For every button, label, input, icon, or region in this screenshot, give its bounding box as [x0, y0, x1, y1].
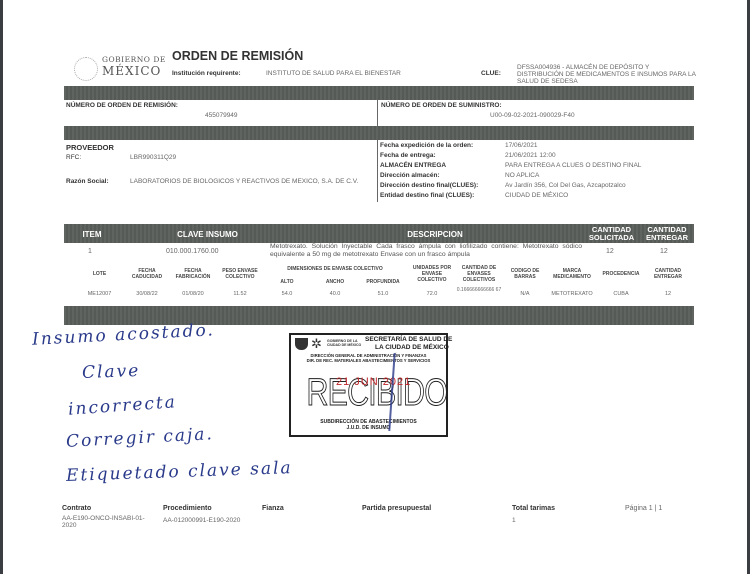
- remision-value: 455079949: [205, 112, 238, 119]
- cantidad-envases-value: 0.166666666666 67: [456, 288, 502, 294]
- profundidad-value: 51.0: [358, 291, 408, 297]
- th-profundidad: PROFUNDIDA: [358, 279, 408, 285]
- partida-label: Partida presupuestal: [362, 505, 431, 512]
- handwritten-note-line: incorrecta: [67, 392, 177, 420]
- th-peso: PESO ENVASE COLECTIVO: [218, 268, 262, 280]
- stamp-org-small: GOBIERNO DE LA CIUDAD DE MÉXICO: [327, 339, 363, 347]
- proveedor-heading: PROVEEDOR: [66, 143, 114, 152]
- institucion-label: Institución requirente:: [172, 70, 241, 77]
- rfc-label: RFC:: [66, 154, 81, 161]
- th-fabricacion: FECHA FABRICACIÓN: [170, 268, 216, 280]
- razon-label: Razón Social:: [66, 178, 109, 185]
- procedimiento-label: Procedimiento: [163, 505, 212, 512]
- delivery-row: ALMACÉN ENTREGAPARA ENTREGA A CLUES O DE…: [380, 162, 695, 172]
- lote-value: ME12007: [82, 291, 117, 297]
- column-divider: [377, 140, 378, 202]
- th-lote: LOTE: [82, 271, 117, 277]
- delivery-row: Fecha expedición de la orden:17/06/2021: [380, 142, 695, 152]
- logo-line2: MÉXICO: [102, 64, 161, 78]
- procedimiento-value: AA-012000991-E190-2020: [163, 517, 240, 524]
- unidades-value: 72.0: [412, 291, 452, 297]
- stamp-received-text: RECIBIDO: [307, 363, 431, 423]
- rfc-value: LBR990311Q29: [130, 154, 176, 161]
- item-number: 1: [88, 248, 92, 255]
- stamp-sub-2: J.U.D. DE INSUMO: [291, 425, 446, 431]
- delivery-info: Fecha expedición de la orden:17/06/2021 …: [380, 142, 695, 202]
- th-cantidad-entregar: CANTIDAD ENTREGAR: [648, 268, 688, 280]
- th-ancho: ANCHO: [318, 279, 352, 285]
- alto-value: 54.0: [270, 291, 304, 297]
- emblem-icon: [74, 57, 98, 81]
- delivery-row: Entidad destino final (CLUES):CIUDAD DE …: [380, 192, 695, 202]
- th-procedencia: PROCEDENCIA: [598, 271, 644, 277]
- ancho-value: 40.0: [318, 291, 352, 297]
- th-cantidad-envases: CANTIDAD DE ENVASES COLECTIVOS: [456, 265, 502, 283]
- th-codigo: CODIGO DE BARRAS: [504, 268, 546, 280]
- th-item: ITEM: [72, 230, 112, 239]
- th-unidades: UNIDADES POR ENVASE COLECTIVO: [412, 265, 452, 283]
- suministro-value: U00-09-02-2021-090029-F40: [490, 112, 575, 119]
- codigo-value: N/A: [504, 291, 546, 297]
- remision-label: NÚMERO DE ORDEN DE REMISIÓN:: [66, 102, 178, 109]
- delivery-row: Dirección destino final(CLUES):Av Jardín…: [380, 182, 695, 192]
- cdmx-logo-icon: ✲: [311, 337, 322, 350]
- tarimas-label: Total tarimas: [512, 505, 555, 512]
- marca-value: METOTREXATO: [548, 291, 596, 297]
- delivery-row: Dirección almacén:NO APLICA: [380, 172, 695, 182]
- item-entregar: 12: [660, 248, 668, 255]
- th-descripcion: DESCRIPCION: [380, 230, 490, 239]
- column-divider: [377, 100, 378, 126]
- contrato-label: Contrato: [62, 505, 91, 512]
- stamp-title-1: SECRETARÍA DE SALUD DE: [365, 336, 452, 343]
- page-title: ORDEN DE REMISIÓN: [172, 49, 303, 63]
- page-indicator: Página 1 | 1: [625, 505, 662, 512]
- handwritten-note-line: Corregir caja.: [66, 424, 215, 452]
- th-caducidad: FECHA CADUCIDAD: [126, 268, 168, 280]
- section-divider: [64, 126, 694, 140]
- th-alto: ALTO: [270, 279, 304, 285]
- procedencia-value: CUBA: [598, 291, 644, 297]
- handwritten-note-line: Etiquetado clave sala: [66, 458, 293, 486]
- fianza-label: Fianza: [262, 505, 284, 512]
- handwritten-note-line: Clave: [82, 361, 141, 383]
- cdmx-shield-icon: [295, 338, 308, 350]
- razon-value: LABORATORIOS DE BIOLOGICOS Y REACTIVOS D…: [130, 178, 358, 185]
- suministro-label: NÚMERO DE ORDEN DE SUMINISTRO:: [381, 102, 502, 109]
- contrato-value: AA-E190-ONCO-INSABI-01-2020: [62, 515, 152, 529]
- stamp-date: 21 JUN 2021: [336, 376, 411, 388]
- stamp-title-2: LA CIUDAD DE MÉXICO: [375, 344, 449, 351]
- tarimas-value: 1: [512, 517, 516, 524]
- caducidad-value: 30/08/22: [126, 291, 168, 297]
- institucion-value: INSTITUTO DE SALUD PARA EL BIENESTAR: [266, 70, 401, 77]
- peso-value: 11.52: [218, 291, 262, 297]
- delivery-row: Fecha de entrega:21/06/2021 12:00: [380, 152, 695, 162]
- item-clave: 010.000.1760.00: [166, 248, 219, 255]
- cantidad-entregar-value: 12: [648, 291, 688, 297]
- gobierno-logo: GOBIERNO DE MÉXICO: [74, 55, 174, 81]
- th-dimensiones: DIMENSIONES DE ENVASE COLECTIVO: [270, 266, 400, 272]
- clue-label: CLUE:: [481, 70, 501, 77]
- section-divider: [64, 86, 694, 100]
- fabricacion-value: 01/08/20: [170, 291, 216, 297]
- th-marca: MARCA MEDICAMENTO: [548, 268, 596, 280]
- th-entregar: CANTIDAD ENTREGAR: [640, 226, 694, 242]
- received-stamp: ✲ GOBIERNO DE LA CIUDAD DE MÉXICO SECRET…: [289, 333, 448, 437]
- th-solicitada: CANTIDAD SOLICITADA: [584, 226, 639, 242]
- handwritten-note-line: Insumo acostado.: [32, 320, 216, 350]
- scan-edge-left: [0, 0, 3, 574]
- clue-value: DFSSA004936 - ALMACÉN DE DEPÓSITO Y DIST…: [517, 64, 697, 85]
- th-clave: CLAVE INSUMO: [150, 230, 265, 239]
- item-solicitada: 12: [606, 248, 614, 255]
- logo-line1: GOBIERNO DE: [102, 55, 166, 64]
- item-descripcion: Metotrexato. Solución Inyectable Cada fr…: [270, 243, 582, 258]
